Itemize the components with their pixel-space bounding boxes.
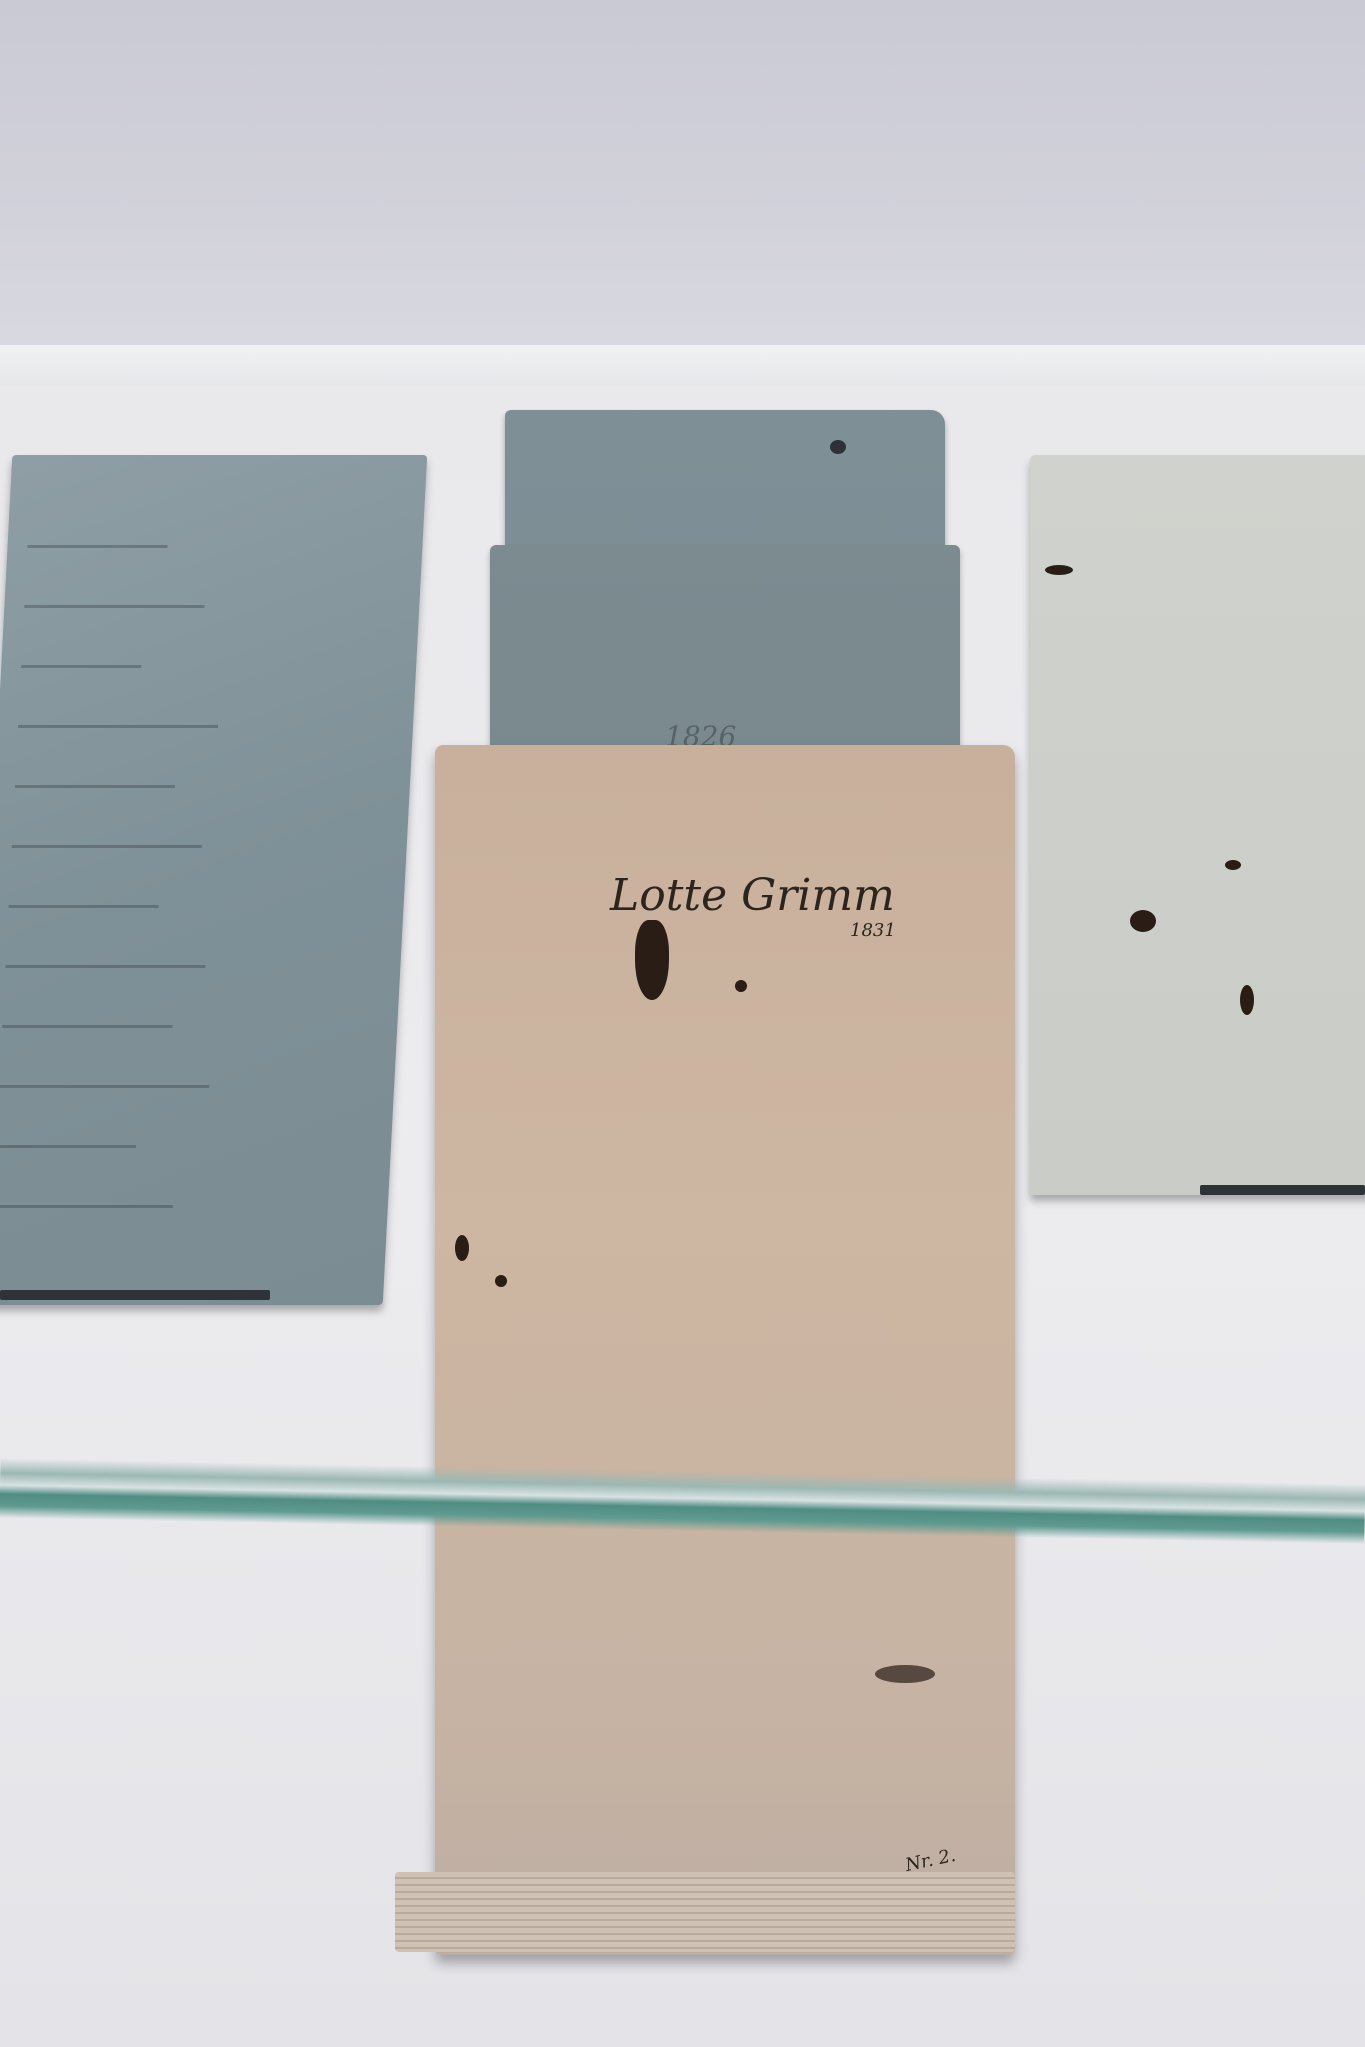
display-case-rim	[0, 345, 1365, 385]
left-mount-strip	[0, 1290, 270, 1300]
background-wall	[0, 0, 1365, 360]
museum-display-photo: 1826 Lotte Grimm 1831 Nr. 2.	[0, 0, 1365, 2047]
manuscript-owner-name: Lotte Grimm	[610, 870, 895, 921]
manuscript-year: 1831	[850, 920, 896, 941]
page-edges	[395, 1872, 1015, 1952]
right-mount-strip	[1200, 1185, 1365, 1195]
right-manuscript	[1030, 455, 1365, 1195]
left-manuscript	[0, 455, 427, 1305]
center-front-manuscript: Lotte Grimm 1831 Nr. 2.	[435, 745, 1015, 1955]
